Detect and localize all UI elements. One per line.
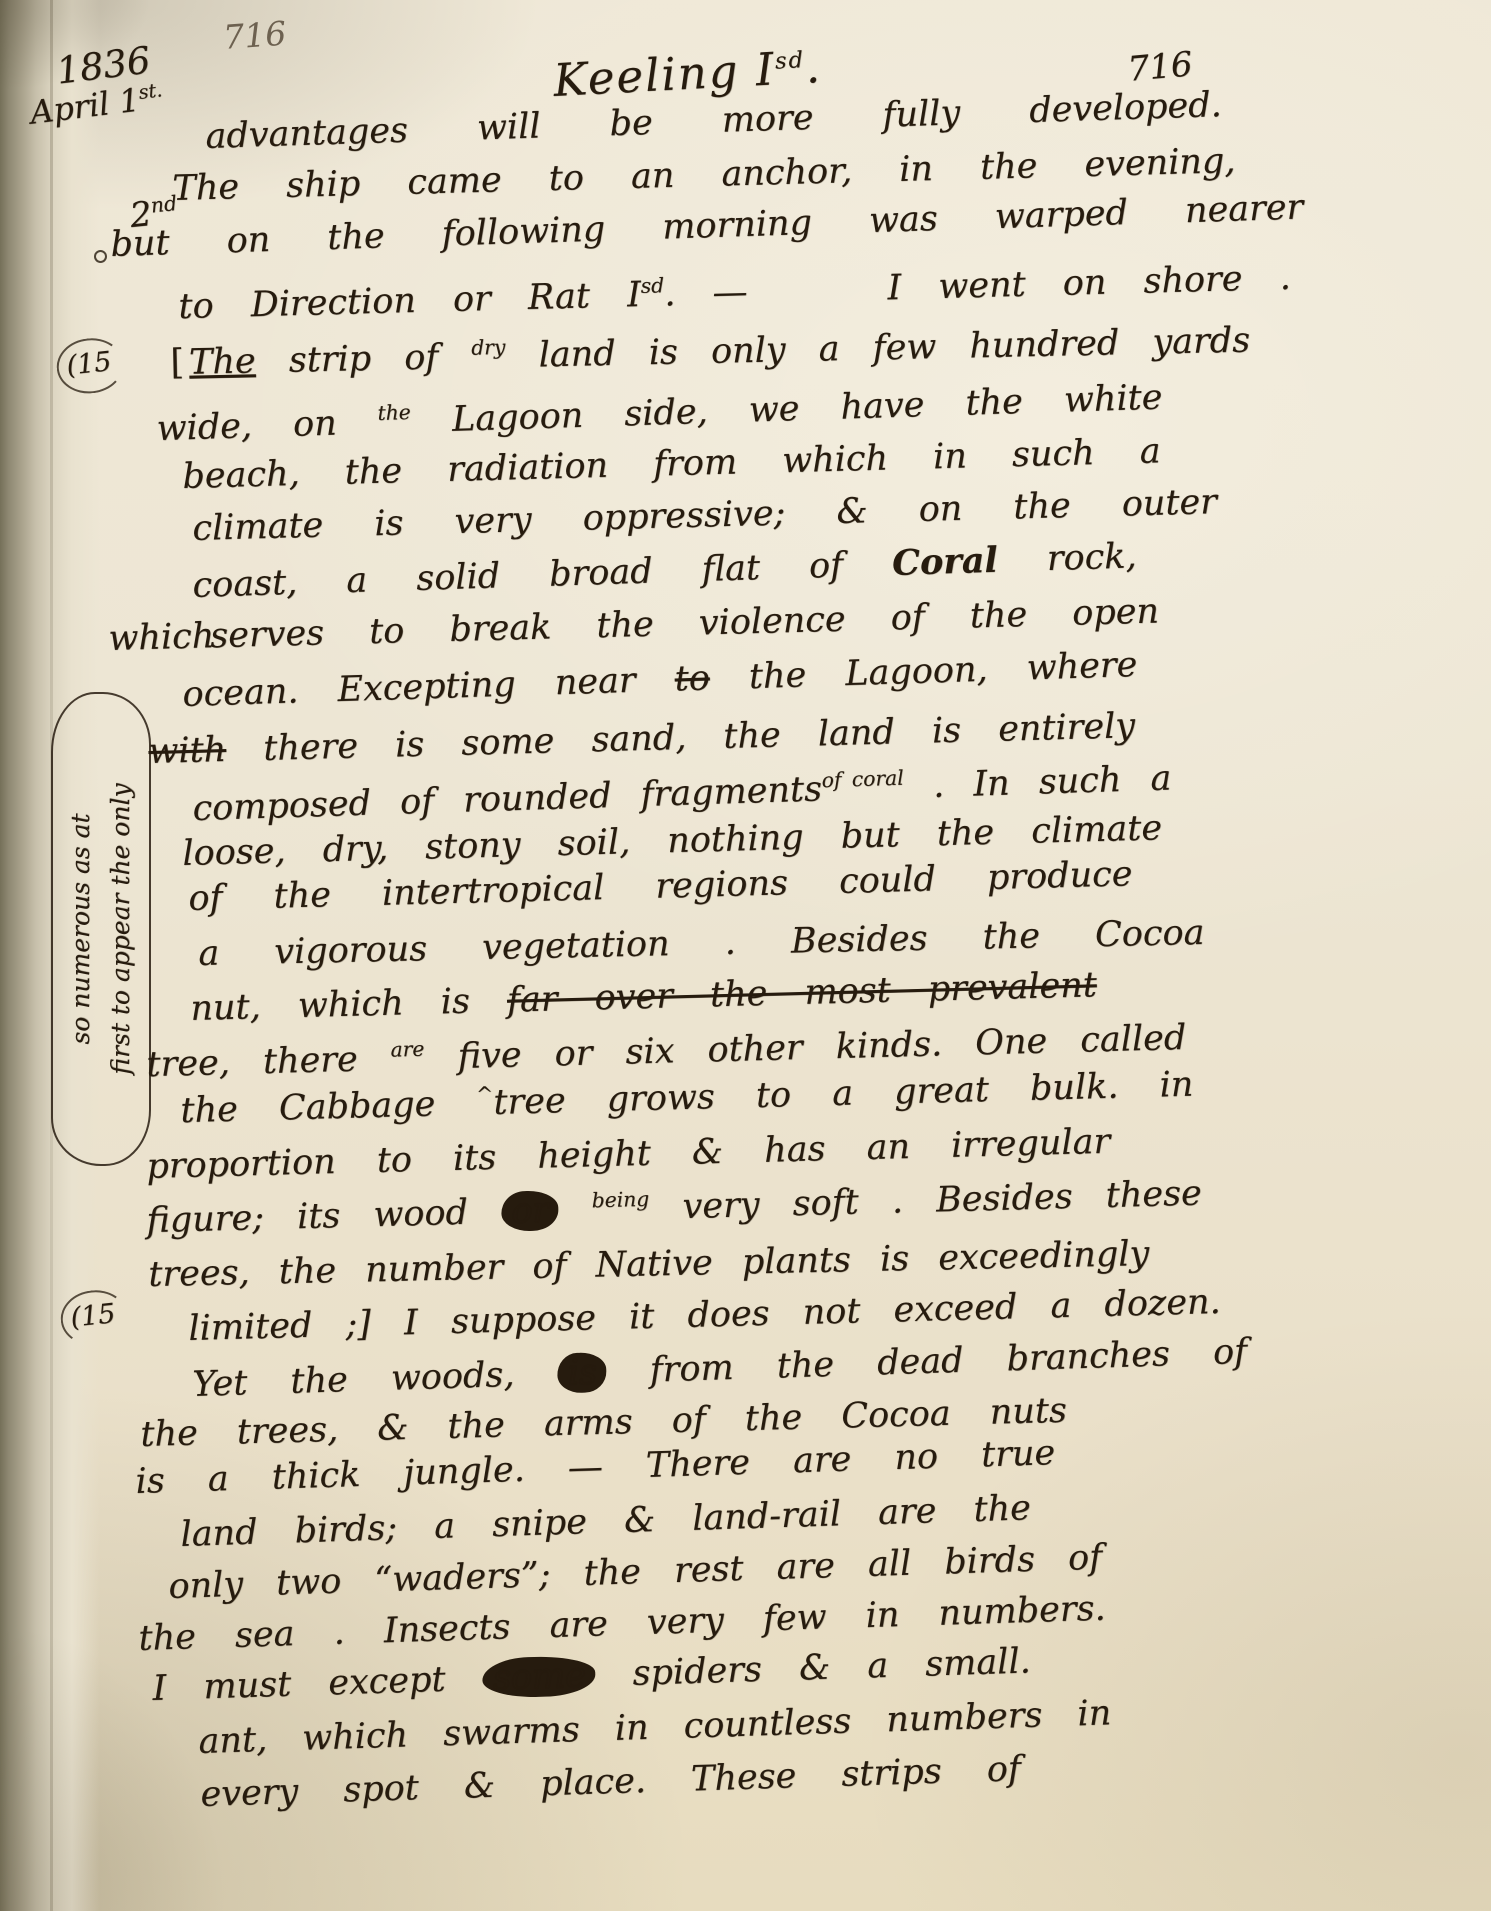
inserted-text: being xyxy=(591,1187,649,1212)
inserted-text: sd xyxy=(640,273,664,298)
handwritten-text: I must except xyxy=(152,1659,483,1709)
manuscript-line: [The strip of dry land is only a few hun… xyxy=(170,321,1250,381)
handwritten-text: Lagoon side, we have the white xyxy=(410,378,1163,442)
manuscript-line: every spot & place. These strips of xyxy=(200,1752,1021,1813)
handwritten-text: there is some sand, the land is entirely xyxy=(226,706,1136,770)
struck-text: with xyxy=(148,730,227,772)
handwritten-text: strip of xyxy=(255,337,472,382)
handwritten-text: tree grows to a great bulk. in xyxy=(493,1065,1194,1123)
inserted-text: ^ xyxy=(476,1082,494,1106)
manuscript-line: coast, a solid broad flat of Coral rock, xyxy=(192,538,1137,604)
manuscript-line: nut, which is far over the most prevalen… xyxy=(190,968,1097,1027)
margin-date-april-1st: April 1st. xyxy=(28,78,165,132)
manuscript-line: ocean. Excepting near to the Lagoon, whe… xyxy=(182,648,1138,713)
manuscript-line: whichserves to break the violence of the… xyxy=(108,594,1159,656)
title-superscript: sd xyxy=(774,47,805,75)
page-number: 716 xyxy=(1126,44,1194,90)
inserted-text: dry xyxy=(471,335,506,360)
handwritten-text: Yet the woods, xyxy=(192,1354,558,1405)
manuscript-line: to Direction or Rat Isd. —I went on shor… xyxy=(178,259,1291,325)
handwritten-text: . In such a xyxy=(903,758,1172,806)
handwritten-text: ocean. Excepting near xyxy=(182,660,675,715)
inserted-text: of coral xyxy=(821,766,904,793)
handwritten-text: a vigorous vegetation . Besides the Coco… xyxy=(198,913,1205,974)
margin-mark-15-first: (15 xyxy=(54,335,126,397)
manuscript-line: a vigorous vegetation . Besides the Coco… xyxy=(198,916,1205,972)
manuscript-page: 1836 716 Keeling Isd. 716 April 1st. 2nd… xyxy=(0,0,1491,1911)
manuscript-line: figure; its wood or being very soft . Be… xyxy=(146,1174,1202,1239)
handwritten-text: [ xyxy=(170,343,184,383)
margin-dot-mark xyxy=(94,250,107,263)
ink-blot: some xyxy=(482,1655,596,1699)
title-period: . xyxy=(804,40,823,94)
handwritten-text: serves to break the violence of the open xyxy=(210,591,1160,656)
handwritten-text: proportion to its height & has an irregu… xyxy=(146,1122,1111,1187)
handwritten-text xyxy=(558,1190,592,1231)
handwritten-text: from the dead branches of xyxy=(606,1332,1248,1392)
handwritten-text: the Cabbage xyxy=(180,1083,477,1131)
page-title: Keeling Isd. xyxy=(552,40,823,107)
margin-mark-15-second: (15 xyxy=(58,1287,130,1349)
margin-inserted-note: so numerous as at first to appear the on… xyxy=(51,692,151,1166)
inserted-text: the xyxy=(377,400,411,425)
handwritten-text: which xyxy=(108,616,215,659)
struck-text: to xyxy=(674,658,710,699)
handwritten-text: rock, xyxy=(997,536,1137,580)
manuscript-line: Yet the woods, is from the dead branches… xyxy=(192,1335,1248,1403)
handwritten-text: Coral xyxy=(891,540,998,584)
manuscript-line: proportion to its height & has an irregu… xyxy=(146,1125,1111,1185)
handwritten-text: figure; its wood xyxy=(146,1192,502,1241)
struck-text: far over the most prevalent xyxy=(506,965,1097,1020)
ink-blot: or xyxy=(500,1190,559,1231)
handwritten-text: very soft . Besides these xyxy=(649,1174,1202,1228)
handwritten-text: to Direction or Rat I xyxy=(178,275,641,327)
handwritten-text: land is only a few hundred yards xyxy=(505,321,1250,377)
handwritten-text: The xyxy=(189,341,256,382)
handwritten-text: spiders & a small. xyxy=(595,1641,1031,1695)
date-text: April 1 xyxy=(28,81,142,132)
inserted-note-line: first to appear the only xyxy=(101,783,141,1074)
handwritten-text: tree, there xyxy=(146,1039,391,1085)
inserted-text: are xyxy=(390,1037,424,1062)
handwritten-text: every spot & place. These strips of xyxy=(200,1749,1021,1815)
handwritten-text: nut, which is xyxy=(190,981,508,1029)
handwritten-text: coast, a solid broad flat of xyxy=(192,544,893,606)
manuscript-line: with there is some sand, the land is ent… xyxy=(148,709,1136,770)
page-number-pencil: 716 xyxy=(222,14,288,57)
handwritten-text: . — xyxy=(664,272,748,314)
handwritten-text: I went on shore . xyxy=(887,258,1291,309)
inserted-note-line: so numerous as at xyxy=(61,813,101,1044)
manuscript-line: trees, the number of Native plants is ex… xyxy=(148,1237,1150,1293)
handwritten-text: the Lagoon, where xyxy=(709,645,1138,698)
handwritten-text: trees, the number of Native plants is ex… xyxy=(148,1234,1150,1295)
date-suffix: st. xyxy=(137,78,163,104)
title-text: Keeling I xyxy=(552,42,777,107)
handwritten-text: wide, on xyxy=(156,402,378,449)
ink-blot: is xyxy=(557,1352,607,1394)
